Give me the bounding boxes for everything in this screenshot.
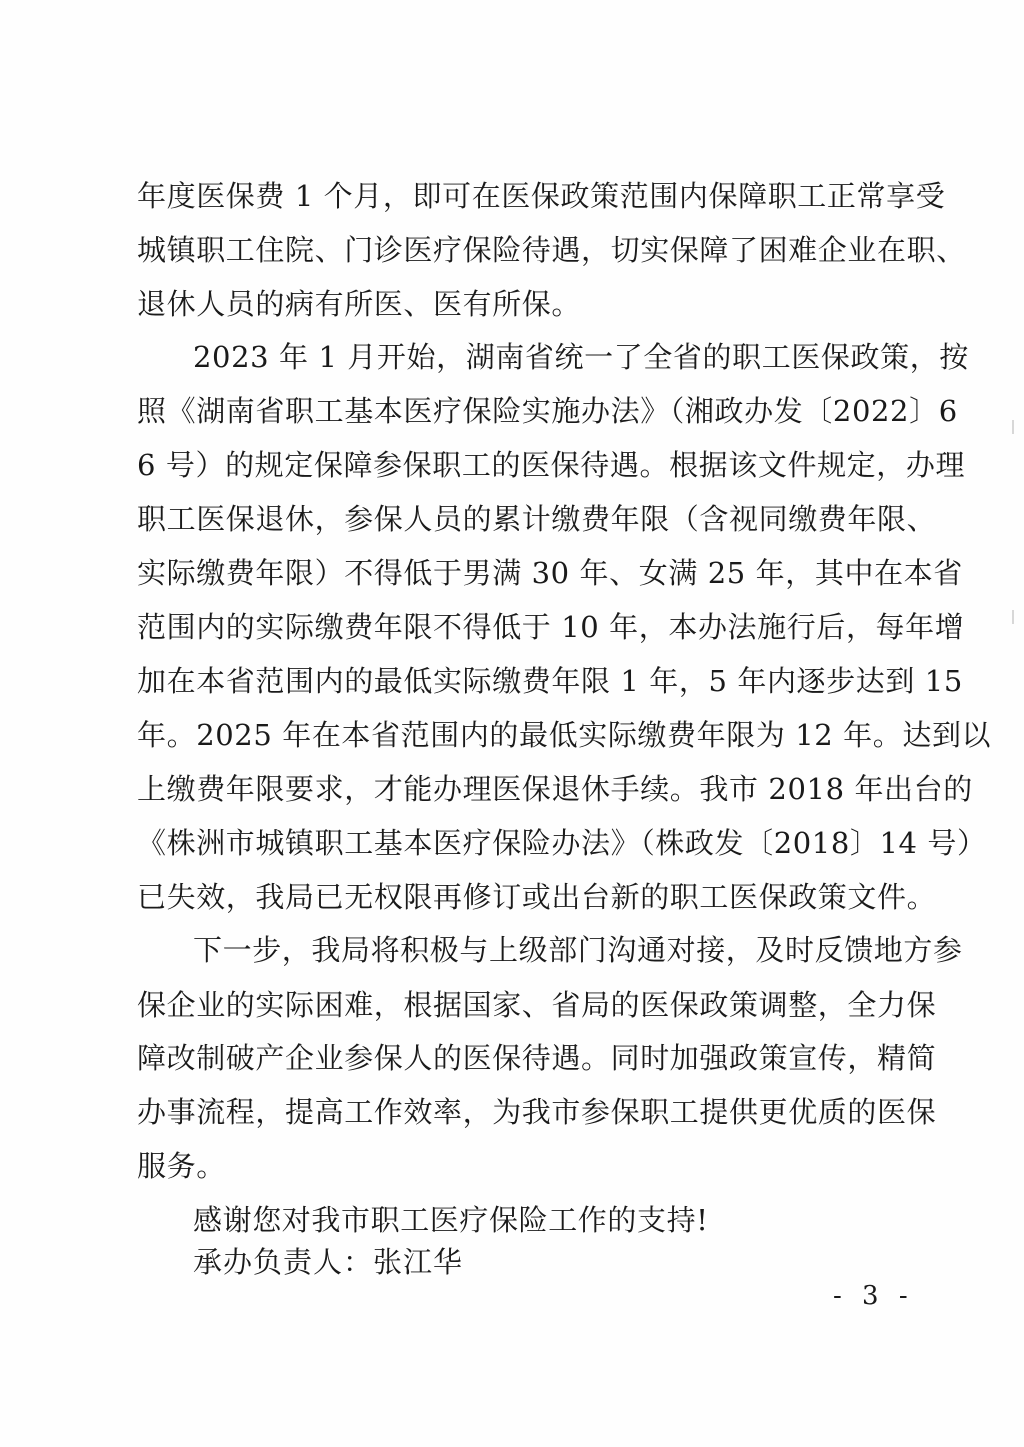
text-line: 加在本省范围内的最低实际缴费年限 1 年，5 年内逐步达到 15 (137, 663, 889, 699)
document-page: 年度医保费 1 个月，即可在医保政策范围内保障职工正常享受城镇职工住院、门诊医疗… (0, 0, 1024, 1447)
signature-line: 承办负责人：张江华 (193, 1240, 463, 1281)
text-line: 保企业的实际困难，根据国家、省局的医保政策调整，全力保 (137, 987, 889, 1023)
text-line: 实际缴费年限）不得低于男满 30 年、女满 25 年，其中在本省 (137, 555, 889, 591)
text-line: 障改制破产企业参保人的医保待遇。同时加强政策宣传，精简 (137, 1040, 889, 1076)
text-line: 上缴费年限要求，才能办理医保退休手续。我市 2018 年出台的 (137, 771, 889, 807)
text-line: 感谢您对我市职工医疗保险工作的支持! (193, 1202, 889, 1238)
text-line: 2023 年 1 月开始，湖南省统一了全省的职工医保政策，按 (193, 339, 889, 375)
text-line: 范围内的实际缴费年限不得低于 10 年，本办法施行后，每年增 (137, 609, 889, 645)
text-line: 已失效，我局已无权限再修订或出台新的职工医保政策文件。 (137, 879, 889, 915)
text-line: 6 号）的规定保障参保职工的医保待遇。根据该文件规定，办理 (137, 447, 889, 483)
text-line: 下一步，我局将积极与上级部门沟通对接，及时反馈地方参 (193, 932, 889, 968)
text-line: 服务。 (137, 1148, 889, 1184)
text-line: 《株洲市城镇职工基本医疗保险办法》（株政发〔2018〕14 号） (137, 825, 889, 861)
text-line: 城镇职工住院、门诊医疗保险待遇，切实保障了困难企业在职、 (137, 232, 889, 268)
text-line: 年度医保费 1 个月，即可在医保政策范围内保障职工正常享受 (137, 178, 889, 214)
text-line: 退休人员的病有所医、医有所保。 (137, 286, 889, 322)
text-line: 办事流程，提高工作效率，为我市参保职工提供更优质的医保 (137, 1094, 889, 1130)
text-line: 照《湖南省职工基本医疗保险实施办法》（湘政办发〔2022〕6 (137, 393, 889, 429)
page-number: - 3 - (833, 1281, 914, 1311)
scan-edge-mark (1012, 610, 1014, 624)
text-line: 年。2025 年在本省范围内的最低实际缴费年限为 12 年。达到以 (137, 717, 889, 753)
text-line: 职工医保退休，参保人员的累计缴费年限（含视同缴费年限、 (137, 501, 889, 537)
scan-edge-mark (1012, 420, 1014, 434)
